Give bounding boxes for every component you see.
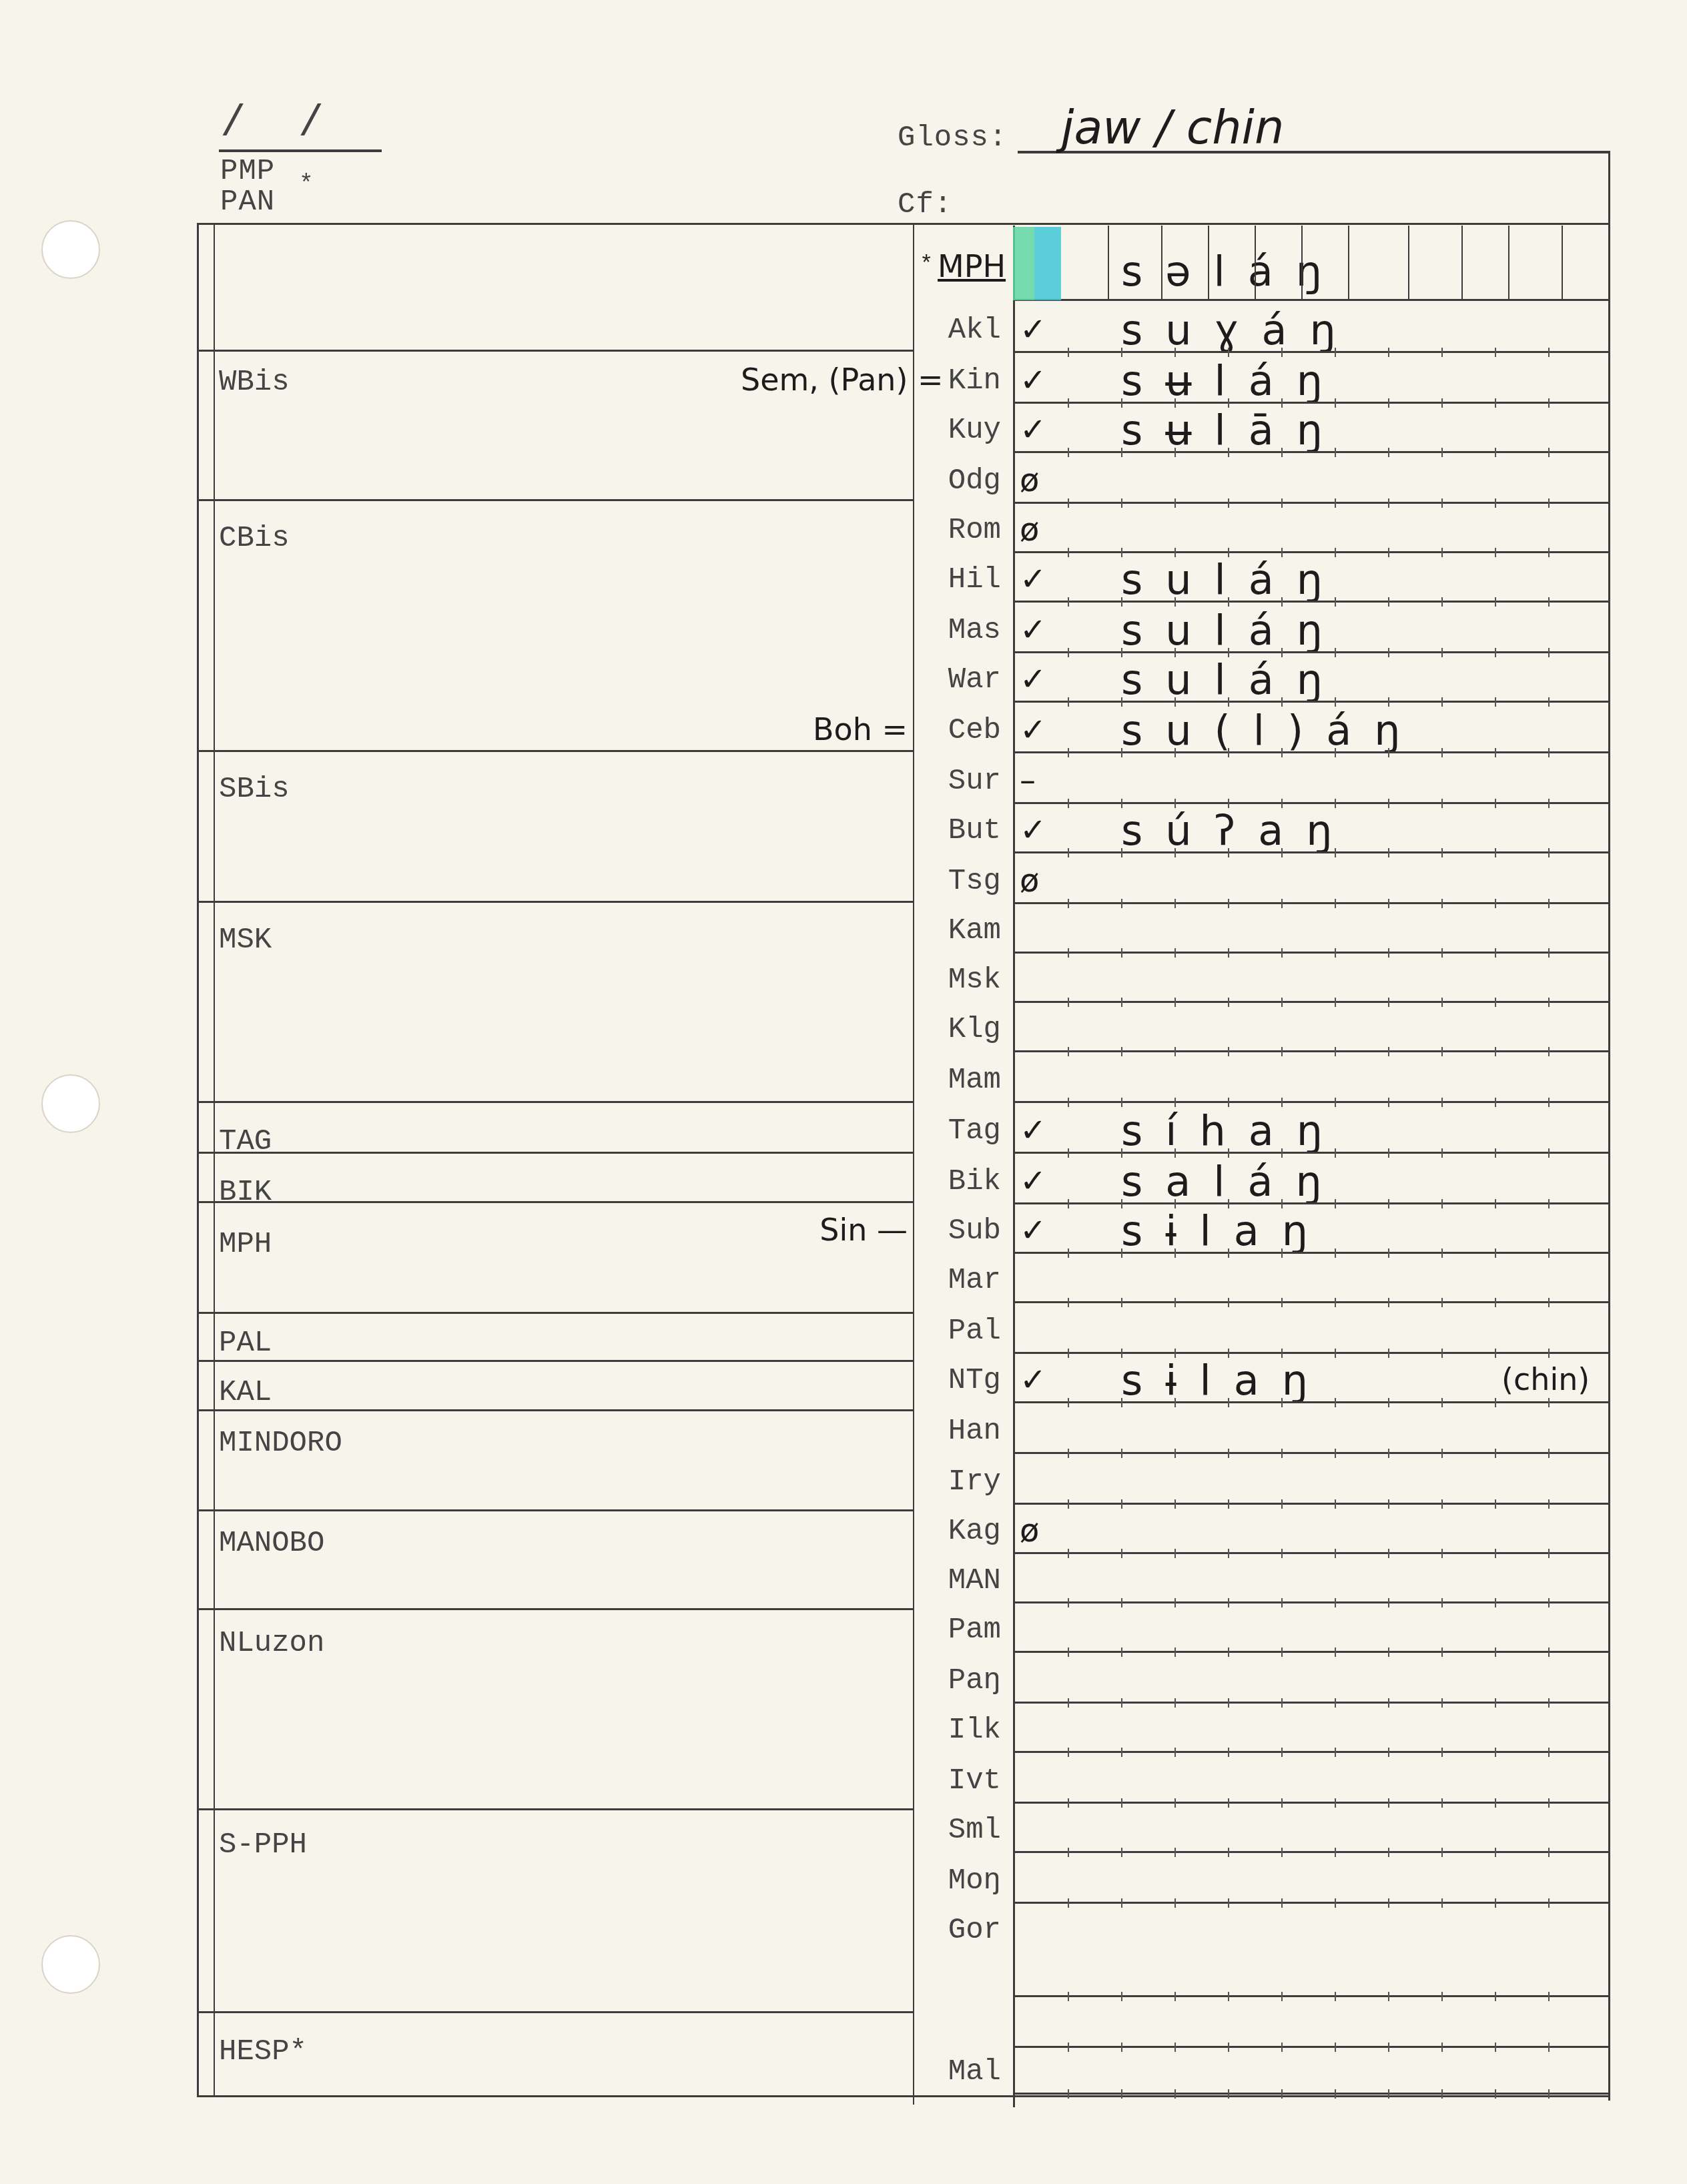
side-annotation: Sin — [741, 1212, 908, 1248]
proto-label-pmp: PMP [220, 155, 275, 188]
row-rule [1013, 1995, 1610, 1997]
grid-column [1461, 226, 1463, 300]
grid-column [1255, 226, 1256, 300]
language-label: War [901, 663, 1001, 697]
table-row [914, 1252, 1610, 1301]
group-label-sbis: SBis [219, 773, 290, 806]
language-label: Gor [901, 1914, 1001, 1947]
tick-mark [1228, 2089, 1229, 2099]
date-underline [219, 149, 382, 152]
cognate-form: sɨlaŋ [1121, 1356, 1331, 1405]
check-icon: ✓ [1020, 1212, 1046, 1249]
row-rule [1013, 2093, 1610, 2095]
tick-mark [1174, 2043, 1176, 2052]
group-divider [197, 1312, 914, 1314]
gloss-note: (chin) [1501, 1361, 1590, 1397]
check-icon: ✓ [1020, 1361, 1046, 1399]
cognate-form: suláŋ [1121, 606, 1345, 655]
language-label: Hil [901, 563, 1001, 597]
language-label: Mar [901, 1264, 1001, 1297]
table-row [914, 1001, 1610, 1050]
group-label-msk: MSK [219, 924, 272, 957]
group-divider [197, 499, 914, 501]
group-divider [197, 750, 914, 752]
tick-mark [1548, 2089, 1550, 2099]
language-label: Kuy [901, 414, 1001, 447]
language-label: Kam [901, 914, 1001, 948]
null-sign-icon: ø [1020, 462, 1039, 499]
cognate-form: sʉlāŋ [1121, 406, 1345, 454]
punch-hole [41, 1935, 100, 1994]
check-icon: ✓ [1020, 811, 1046, 849]
tick-mark [1121, 2089, 1122, 2099]
cf-label: Cf: [898, 188, 952, 222]
tick-mark [1335, 2043, 1336, 2052]
table-row [914, 1453, 1610, 1503]
table-row [914, 1652, 1610, 1702]
tick-mark [1281, 1992, 1283, 2001]
language-label: Han [901, 1415, 1001, 1448]
table-row [914, 1601, 1610, 1651]
group-divider [197, 1360, 914, 1362]
group-divider [197, 901, 914, 903]
language-label: Ivt [901, 1764, 1001, 1798]
grid-column [1208, 226, 1209, 300]
cognate-form: súʔaŋ [1121, 806, 1355, 855]
table-row [914, 1052, 1610, 1101]
language-label: Iry [901, 1465, 1001, 1499]
check-icon: ✓ [1020, 711, 1046, 749]
group-label-bik: BIK [219, 1176, 272, 1209]
table-row [914, 1403, 1610, 1452]
group-label-mindoro: MINDORO [219, 1427, 342, 1460]
grid-column [1348, 226, 1349, 300]
language-label: Moŋ [901, 1864, 1001, 1898]
group-label-mph: MPH [219, 1228, 272, 1261]
null-sign-icon: ø [1020, 511, 1039, 549]
table-row [914, 1852, 1610, 1902]
proto-asterisk: * [299, 171, 314, 198]
tick-mark [1068, 2089, 1069, 2099]
check-icon: ✓ [1020, 362, 1046, 399]
check-icon: ✓ [1020, 311, 1046, 348]
table-row [914, 952, 1610, 1001]
tick-mark [1174, 2089, 1176, 2099]
group-label-kal: KAL [219, 1376, 272, 1409]
group-label-wbis: WBis [219, 366, 290, 399]
gloss-label: Gloss: [898, 121, 1007, 155]
cognate-form: suláŋ [1121, 555, 1345, 604]
group-divider [197, 1101, 914, 1103]
cognate-form: suláŋ [1121, 655, 1345, 704]
language-label: Odg [901, 464, 1001, 498]
tick-mark [1441, 1992, 1443, 2001]
tick-mark [1174, 1992, 1176, 2001]
check-icon: ✓ [1020, 411, 1046, 448]
group-divider [197, 1152, 914, 1154]
tick-mark [1281, 2089, 1283, 2099]
tick-mark [1495, 2043, 1496, 2052]
group-label-cbis: CBis [219, 522, 290, 555]
language-label: Bik [901, 1165, 1001, 1198]
cognate-form: suɣáŋ [1121, 306, 1359, 354]
gloss-value: jaw / chin [1061, 100, 1284, 155]
table-row [914, 1303, 1610, 1352]
language-label: Sml [901, 1814, 1001, 1847]
group-label-pal: PAL [219, 1327, 272, 1360]
language-label: Mas [901, 614, 1001, 647]
table-row [914, 753, 1610, 802]
group-divider [197, 350, 914, 352]
table-row [914, 853, 1610, 902]
language-label: Mal [901, 2055, 1001, 2089]
table-row [914, 452, 1610, 502]
tick-mark [1388, 1992, 1389, 2001]
tick-mark [1548, 2043, 1550, 2052]
group-divider [197, 2011, 914, 2013]
grid-column [1508, 226, 1509, 300]
tick-mark [1388, 2089, 1389, 2099]
table-row [914, 1503, 1610, 1552]
table-row [914, 2043, 1610, 2093]
punch-hole [41, 1074, 100, 1133]
cognate-form: sʉláŋ [1121, 356, 1345, 405]
cognate-form: síhaŋ [1121, 1106, 1345, 1155]
tick-mark [1228, 1992, 1229, 2001]
language-label: Klg [901, 1013, 1001, 1046]
tick-mark [1495, 1992, 1496, 2001]
cognate-form: su(l)áŋ [1121, 706, 1423, 755]
row-rule [1013, 2046, 1610, 2048]
tick-mark [1228, 2043, 1229, 2052]
grid-column [1562, 226, 1563, 300]
tick-mark [1335, 1992, 1336, 2001]
language-label: Msk [901, 964, 1001, 997]
check-icon: ✓ [1020, 1162, 1046, 1200]
group-divider [197, 1608, 914, 1610]
check-icon: ✓ [1020, 611, 1046, 649]
grid-column [1161, 226, 1162, 300]
tick-mark [1441, 2089, 1443, 2099]
group-divider [197, 1201, 914, 1203]
cognate-form: sɨlaŋ [1121, 1206, 1331, 1255]
check-icon: ✓ [1020, 561, 1046, 598]
group-divider [197, 1808, 914, 1810]
language-label: Kag [901, 1515, 1001, 1548]
date-field: / / [220, 100, 337, 148]
table-row [914, 902, 1610, 952]
tick-mark [1441, 2043, 1443, 2052]
check-icon: ✓ [1020, 1112, 1046, 1149]
side-annotation: Sem, (Pan) = [741, 362, 908, 398]
highlighter-mark [1013, 227, 1061, 300]
reconstruction-form: səláŋ [1121, 247, 1345, 296]
table-row [914, 502, 1610, 551]
side-annotation: Boh = [741, 711, 908, 747]
tick-mark [1495, 2089, 1496, 2099]
tick-mark [1548, 1992, 1550, 2001]
language-label: Sur [901, 765, 1001, 798]
null-sign-icon: ø [1020, 1512, 1039, 1549]
reconstruction-label: MPH [938, 248, 1006, 284]
language-label: NTg [901, 1364, 1001, 1397]
punch-hole [41, 220, 100, 279]
group-label-nluzon: NLuzon [219, 1627, 324, 1660]
cognate-form: saláŋ [1121, 1157, 1345, 1206]
language-label: Sub [901, 1214, 1001, 1248]
null-sign-icon: ø [1020, 862, 1039, 899]
table-row [914, 1752, 1610, 1802]
table-row [914, 1802, 1610, 1851]
table-row [914, 1552, 1610, 1601]
tick-mark [1068, 1992, 1069, 2001]
language-label: MAN [901, 1564, 1001, 1597]
table-row [914, 1902, 1610, 1951]
group-label-spph: S-PPH [219, 1828, 307, 1862]
tick-mark [1335, 2089, 1336, 2099]
language-label: Tsg [901, 865, 1001, 898]
language-label: Akl [901, 314, 1001, 347]
language-label: Rom [901, 514, 1001, 547]
group-label-tag: TAG [219, 1125, 272, 1158]
tick-mark [1121, 1992, 1122, 2001]
dash-icon: – [1020, 762, 1036, 799]
language-label: Pam [901, 1613, 1001, 1647]
language-label: Ilk [901, 1714, 1001, 1747]
tick-mark [1121, 2043, 1122, 2052]
language-label: Paŋ [901, 1664, 1001, 1698]
grid-column [1108, 226, 1109, 300]
grid-column [1408, 226, 1409, 300]
language-label: Mam [901, 1064, 1001, 1097]
language-label: Pal [901, 1315, 1001, 1348]
language-label: Ceb [901, 714, 1001, 747]
language-label: Tag [901, 1114, 1001, 1148]
language-label: But [901, 814, 1001, 847]
reconstruction-asterisk: * [920, 252, 934, 278]
proto-label-pan: PAN [220, 186, 275, 219]
check-icon: ✓ [1020, 661, 1046, 698]
tick-mark [1068, 2043, 1069, 2052]
tick-mark [1281, 2043, 1283, 2052]
group-label-manobo: MANOBO [219, 1527, 324, 1560]
tick-mark [1388, 2043, 1389, 2052]
group-divider [197, 1409, 914, 1411]
grid-column [1301, 226, 1303, 300]
group-divider [197, 1509, 914, 1511]
group-label-hesp: HESP* [219, 2035, 307, 2069]
table-row [914, 1702, 1610, 1751]
